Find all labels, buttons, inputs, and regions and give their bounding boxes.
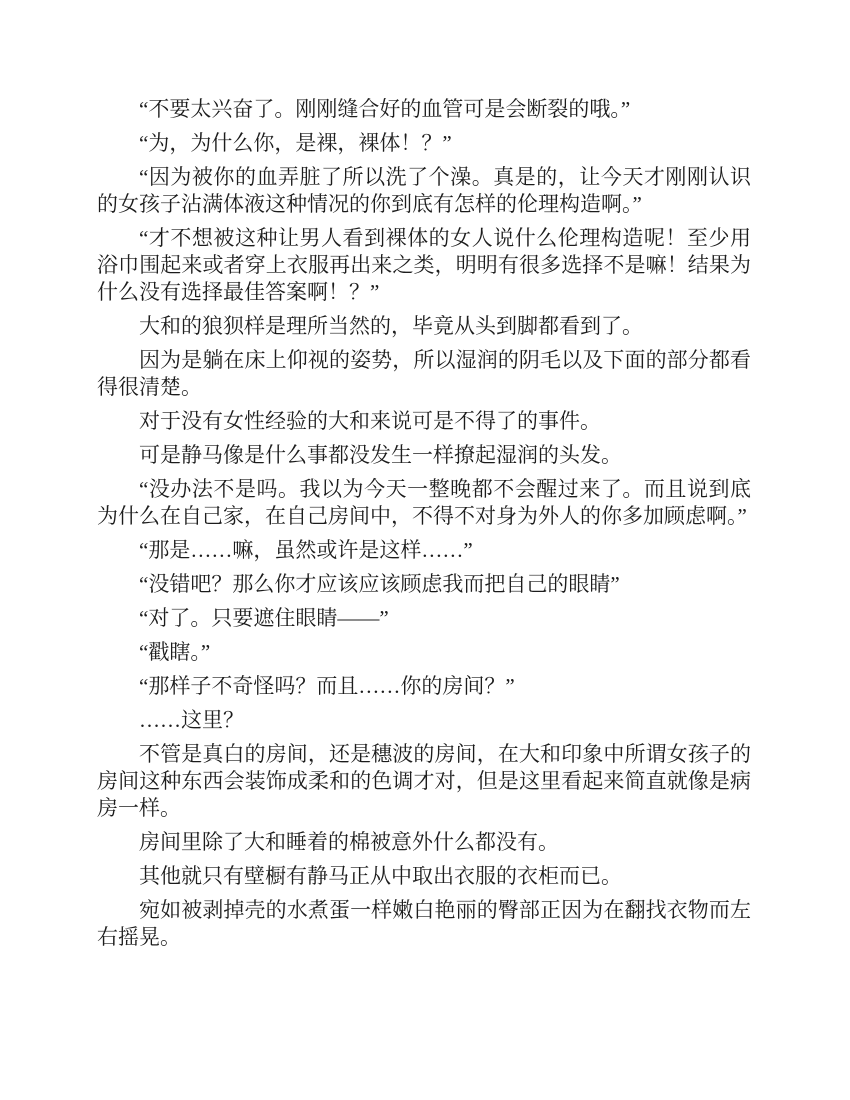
paragraph: 可是静马像是什么事都没发生一样撩起湿润的头发。 xyxy=(97,442,751,469)
paragraph: “戳瞎。” xyxy=(97,639,751,666)
paragraph: “对了。只要遮住眼睛——” xyxy=(97,605,751,632)
paragraph: 对于没有女性经验的大和来说可是不得了的事件。 xyxy=(97,408,751,435)
paragraph: 宛如被剥掉壳的水煮蛋一样嫩白艳丽的臀部正因为在翻找衣物而左右摇晃。 xyxy=(97,897,751,951)
paragraph: “那样子不奇怪吗？而且……你的房间？” xyxy=(97,673,751,700)
paragraph: “不要太兴奋了。刚刚缝合好的血管可是会断裂的哦。” xyxy=(97,96,751,123)
paragraph: 大和的狼狈样是理所当然的，毕竟从头到脚都看到了。 xyxy=(97,313,751,340)
paragraph: 因为是躺在床上仰视的姿势，所以湿润的阴毛以及下面的部分都看得很清楚。 xyxy=(97,347,751,401)
paragraph: “没办法不是吗。我以为今天一整晚都不会醒过来了。而且说到底为什么在自己家，在自己… xyxy=(97,476,751,530)
paragraph: “才不想被这种让男人看到裸体的女人说什么伦理构造呢！至少用浴巾围起来或者穿上衣服… xyxy=(97,225,751,306)
paragraph: 其他就只有壁橱有静马正从中取出衣服的衣柜而已。 xyxy=(97,863,751,890)
document-page: “不要太兴奋了。刚刚缝合好的血管可是会断裂的哦。”“为，为什么你，是裸，裸体！？… xyxy=(0,0,850,1100)
paragraph: “因为被你的血弄脏了所以洗了个澡。真是的，让今天才刚刚认识的女孩子沾满体液这种情… xyxy=(97,164,751,218)
paragraph: “没错吧？那么你才应该应该顾虑我而把自己的眼睛” xyxy=(97,571,751,598)
text-column: “不要太兴奋了。刚刚缝合好的血管可是会断裂的哦。”“为，为什么你，是裸，裸体！？… xyxy=(97,96,751,958)
paragraph: 房间里除了大和睡着的棉被意外什么都没有。 xyxy=(97,829,751,856)
paragraph: “那是……嘛，虽然或许是这样……” xyxy=(97,537,751,564)
paragraph: ……这里？ xyxy=(97,707,751,734)
paragraph: 不管是真白的房间，还是穗波的房间，在大和印象中所谓女孩子的房间这种东西会装饰成柔… xyxy=(97,741,751,822)
paragraph: “为，为什么你，是裸，裸体！？” xyxy=(97,130,751,157)
